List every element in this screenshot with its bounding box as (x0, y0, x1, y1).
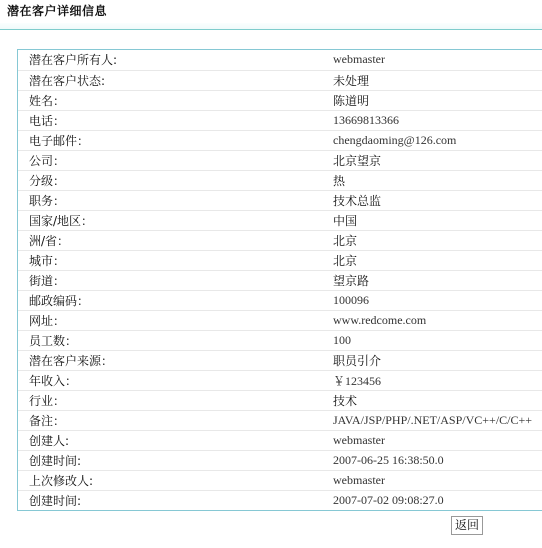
table-row-industry: 行业： 技术 (18, 390, 542, 410)
field-label-email: 电子邮件： (18, 130, 321, 150)
field-value-created-by: webmaster (321, 430, 542, 450)
field-value-postcode: 100096 (321, 290, 542, 310)
field-value-email: chengdaoming@126.com (321, 130, 542, 150)
table-row-title: 职务： 技术总监 (18, 190, 542, 210)
table-row-modified-time: 创建时间: 2007-07-02 09:08:27.0 (18, 490, 542, 510)
field-value-phone: 13669813366 (321, 110, 542, 130)
table-row-website: 网址： www.redcome.com (18, 310, 542, 330)
field-label-city: 城市： (18, 250, 321, 270)
field-label-modified-time: 创建时间: (18, 490, 321, 510)
table-row-company: 公司： 北京望京 (18, 150, 542, 170)
table-row-notes: 备注： JAVA/JSP/PHP/.NET/ASP/VC++/C/C++ (18, 410, 542, 430)
table-row-owner: 潜在客户所有人: webmaster (18, 50, 542, 70)
field-label-rating: 分级： (18, 170, 321, 190)
table-row-email: 电子邮件： chengdaoming@126.com (18, 130, 542, 150)
table-row-last-modified-by: 上次修改人: webmaster (18, 470, 542, 490)
field-label-status: 潜在客户状态: (18, 70, 321, 90)
field-value-status: 未处理 (321, 70, 542, 90)
field-value-street: 望京路 (321, 270, 542, 290)
field-value-city: 北京 (321, 250, 542, 270)
field-label-created-time: 创建时间: (18, 450, 321, 470)
field-value-website: www.redcome.com (321, 310, 542, 330)
table-row-city: 城市： 北京 (18, 250, 542, 270)
field-label-country: 国家/地区： (18, 210, 321, 230)
field-label-postcode: 邮政编码： (18, 290, 321, 310)
field-label-website: 网址： (18, 310, 321, 330)
field-value-employees: 100 (321, 330, 542, 350)
field-label-industry: 行业： (18, 390, 321, 410)
field-value-lead-source: 职员引介 (321, 350, 542, 370)
field-label-notes: 备注： (18, 410, 321, 430)
field-value-annual-revenue: ￥123456 (321, 370, 542, 390)
page-header: 潜在客户详细信息 (0, 0, 542, 29)
field-label-annual-revenue: 年收入： (18, 370, 321, 390)
field-value-owner: webmaster (321, 50, 542, 70)
field-value-last-modified-by: webmaster (321, 470, 542, 490)
table-row-created-by: 创建人: webmaster (18, 430, 542, 450)
field-value-province: 北京 (321, 230, 542, 250)
field-label-employees: 员工数： (18, 330, 321, 350)
table-row-name: 姓名： 陈道明 (18, 90, 542, 110)
field-value-created-time: 2007-06-25 16:38:50.0 (321, 450, 542, 470)
field-value-rating: 热 (321, 170, 542, 190)
field-label-created-by: 创建人: (18, 430, 321, 450)
field-value-title: 技术总监 (321, 190, 542, 210)
table-row-status: 潜在客户状态: 未处理 (18, 70, 542, 90)
table-row-annual-revenue: 年收入： ￥123456 (18, 370, 542, 390)
table-row-country: 国家/地区： 中国 (18, 210, 542, 230)
table-row-postcode: 邮政编码： 100096 (18, 290, 542, 310)
field-value-company: 北京望京 (321, 150, 542, 170)
lead-detail-panel: 潜在客户所有人: webmaster 潜在客户状态: 未处理 姓名： 陈道明 电… (17, 49, 542, 511)
field-value-modified-time: 2007-07-02 09:08:27.0 (321, 490, 542, 510)
field-label-owner: 潜在客户所有人: (18, 50, 321, 70)
table-row-province: 洲/省： 北京 (18, 230, 542, 250)
field-label-name: 姓名： (18, 90, 321, 110)
field-label-last-modified-by: 上次修改人: (18, 470, 321, 490)
back-button[interactable]: 返回 (451, 516, 483, 535)
field-value-notes: JAVA/JSP/PHP/.NET/ASP/VC++/C/C++ (321, 410, 542, 430)
field-label-company: 公司： (18, 150, 321, 170)
table-row-rating: 分级： 热 (18, 170, 542, 190)
table-row-created-time: 创建时间: 2007-06-25 16:38:50.0 (18, 450, 542, 470)
header-divider (0, 23, 542, 30)
table-row-street: 街道： 望京路 (18, 270, 542, 290)
field-value-name: 陈道明 (321, 90, 542, 110)
field-label-street: 街道： (18, 270, 321, 290)
lead-detail-table: 潜在客户所有人: webmaster 潜在客户状态: 未处理 姓名： 陈道明 电… (18, 50, 542, 510)
field-label-title: 职务： (18, 190, 321, 210)
page-title: 潜在客户详细信息 (7, 2, 107, 19)
field-value-industry: 技术 (321, 390, 542, 410)
field-value-country: 中国 (321, 210, 542, 230)
table-row-phone: 电话： 13669813366 (18, 110, 542, 130)
field-label-province: 洲/省： (18, 230, 321, 250)
table-row-employees: 员工数： 100 (18, 330, 542, 350)
table-row-lead-source: 潜在客户来源： 职员引介 (18, 350, 542, 370)
field-label-lead-source: 潜在客户来源： (18, 350, 321, 370)
field-label-phone: 电话： (18, 110, 321, 130)
